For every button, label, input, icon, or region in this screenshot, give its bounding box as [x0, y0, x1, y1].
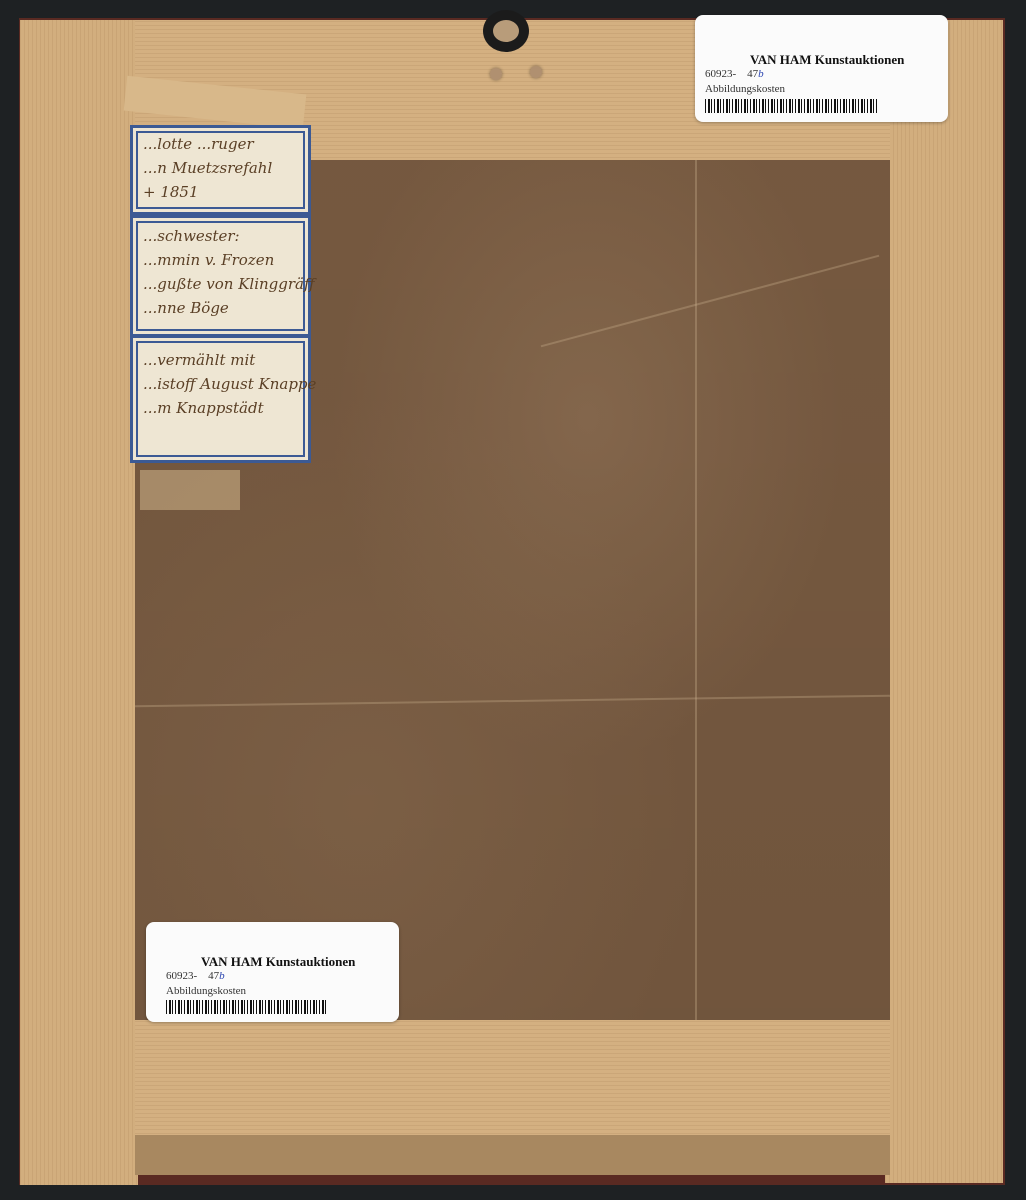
label-line: ...lotte ...ruger: [133, 132, 308, 156]
barcode-icon: [166, 1000, 328, 1014]
handwritten-label: ...schwester: ...mmin v. Frozen ...gußte…: [130, 215, 311, 337]
auction-label-top: VAN HAM Kunstauktionen 60923- 47b Abbild…: [695, 15, 948, 122]
handwritten-label: ...vermählt mit ...istoff August Knappe …: [130, 335, 311, 463]
tape-right: [885, 20, 1003, 1183]
label-line: + 1851: [133, 180, 308, 204]
tape-bottom-strip: [135, 1135, 890, 1175]
label-line: ...nne Böge: [133, 296, 308, 320]
label-line: ...m Knappstädt: [133, 396, 308, 420]
auction-house-name: VAN HAM Kunstauktionen: [201, 954, 355, 970]
label-line: ...schwester:: [133, 224, 308, 248]
label-line: ...n Muetzsrefahl: [133, 156, 308, 180]
auction-label-bottom: VAN HAM Kunstauktionen 60923- 47b Abbild…: [146, 922, 399, 1022]
lot-number: 60923- 47b: [166, 970, 225, 982]
label-line: ...istoff August Knappe: [133, 372, 308, 396]
label-line: ...mmin v. Frozen: [133, 248, 308, 272]
crease: [541, 255, 880, 348]
label-line: ...vermählt mit: [133, 348, 308, 372]
crease: [135, 695, 890, 708]
handwritten-label: ...lotte ...ruger ...n Muetzsrefahl + 18…: [130, 125, 311, 215]
tape-bottom: [135, 1010, 890, 1138]
label-line: ...gußte von Klinggräff: [133, 272, 308, 296]
fee-note: Abbildungskosten: [705, 83, 785, 95]
tape-residue: [140, 470, 240, 510]
auction-house-name: VAN HAM Kunstauktionen: [750, 52, 904, 68]
nail: [530, 66, 542, 78]
hanging-ring-icon: [483, 10, 529, 52]
lot-number: 60923- 47b: [705, 68, 764, 80]
tape-left: [20, 20, 138, 1185]
barcode-icon: [705, 99, 877, 113]
nail: [490, 68, 502, 80]
fee-note: Abbildungskosten: [166, 985, 246, 997]
crease: [695, 160, 697, 1020]
